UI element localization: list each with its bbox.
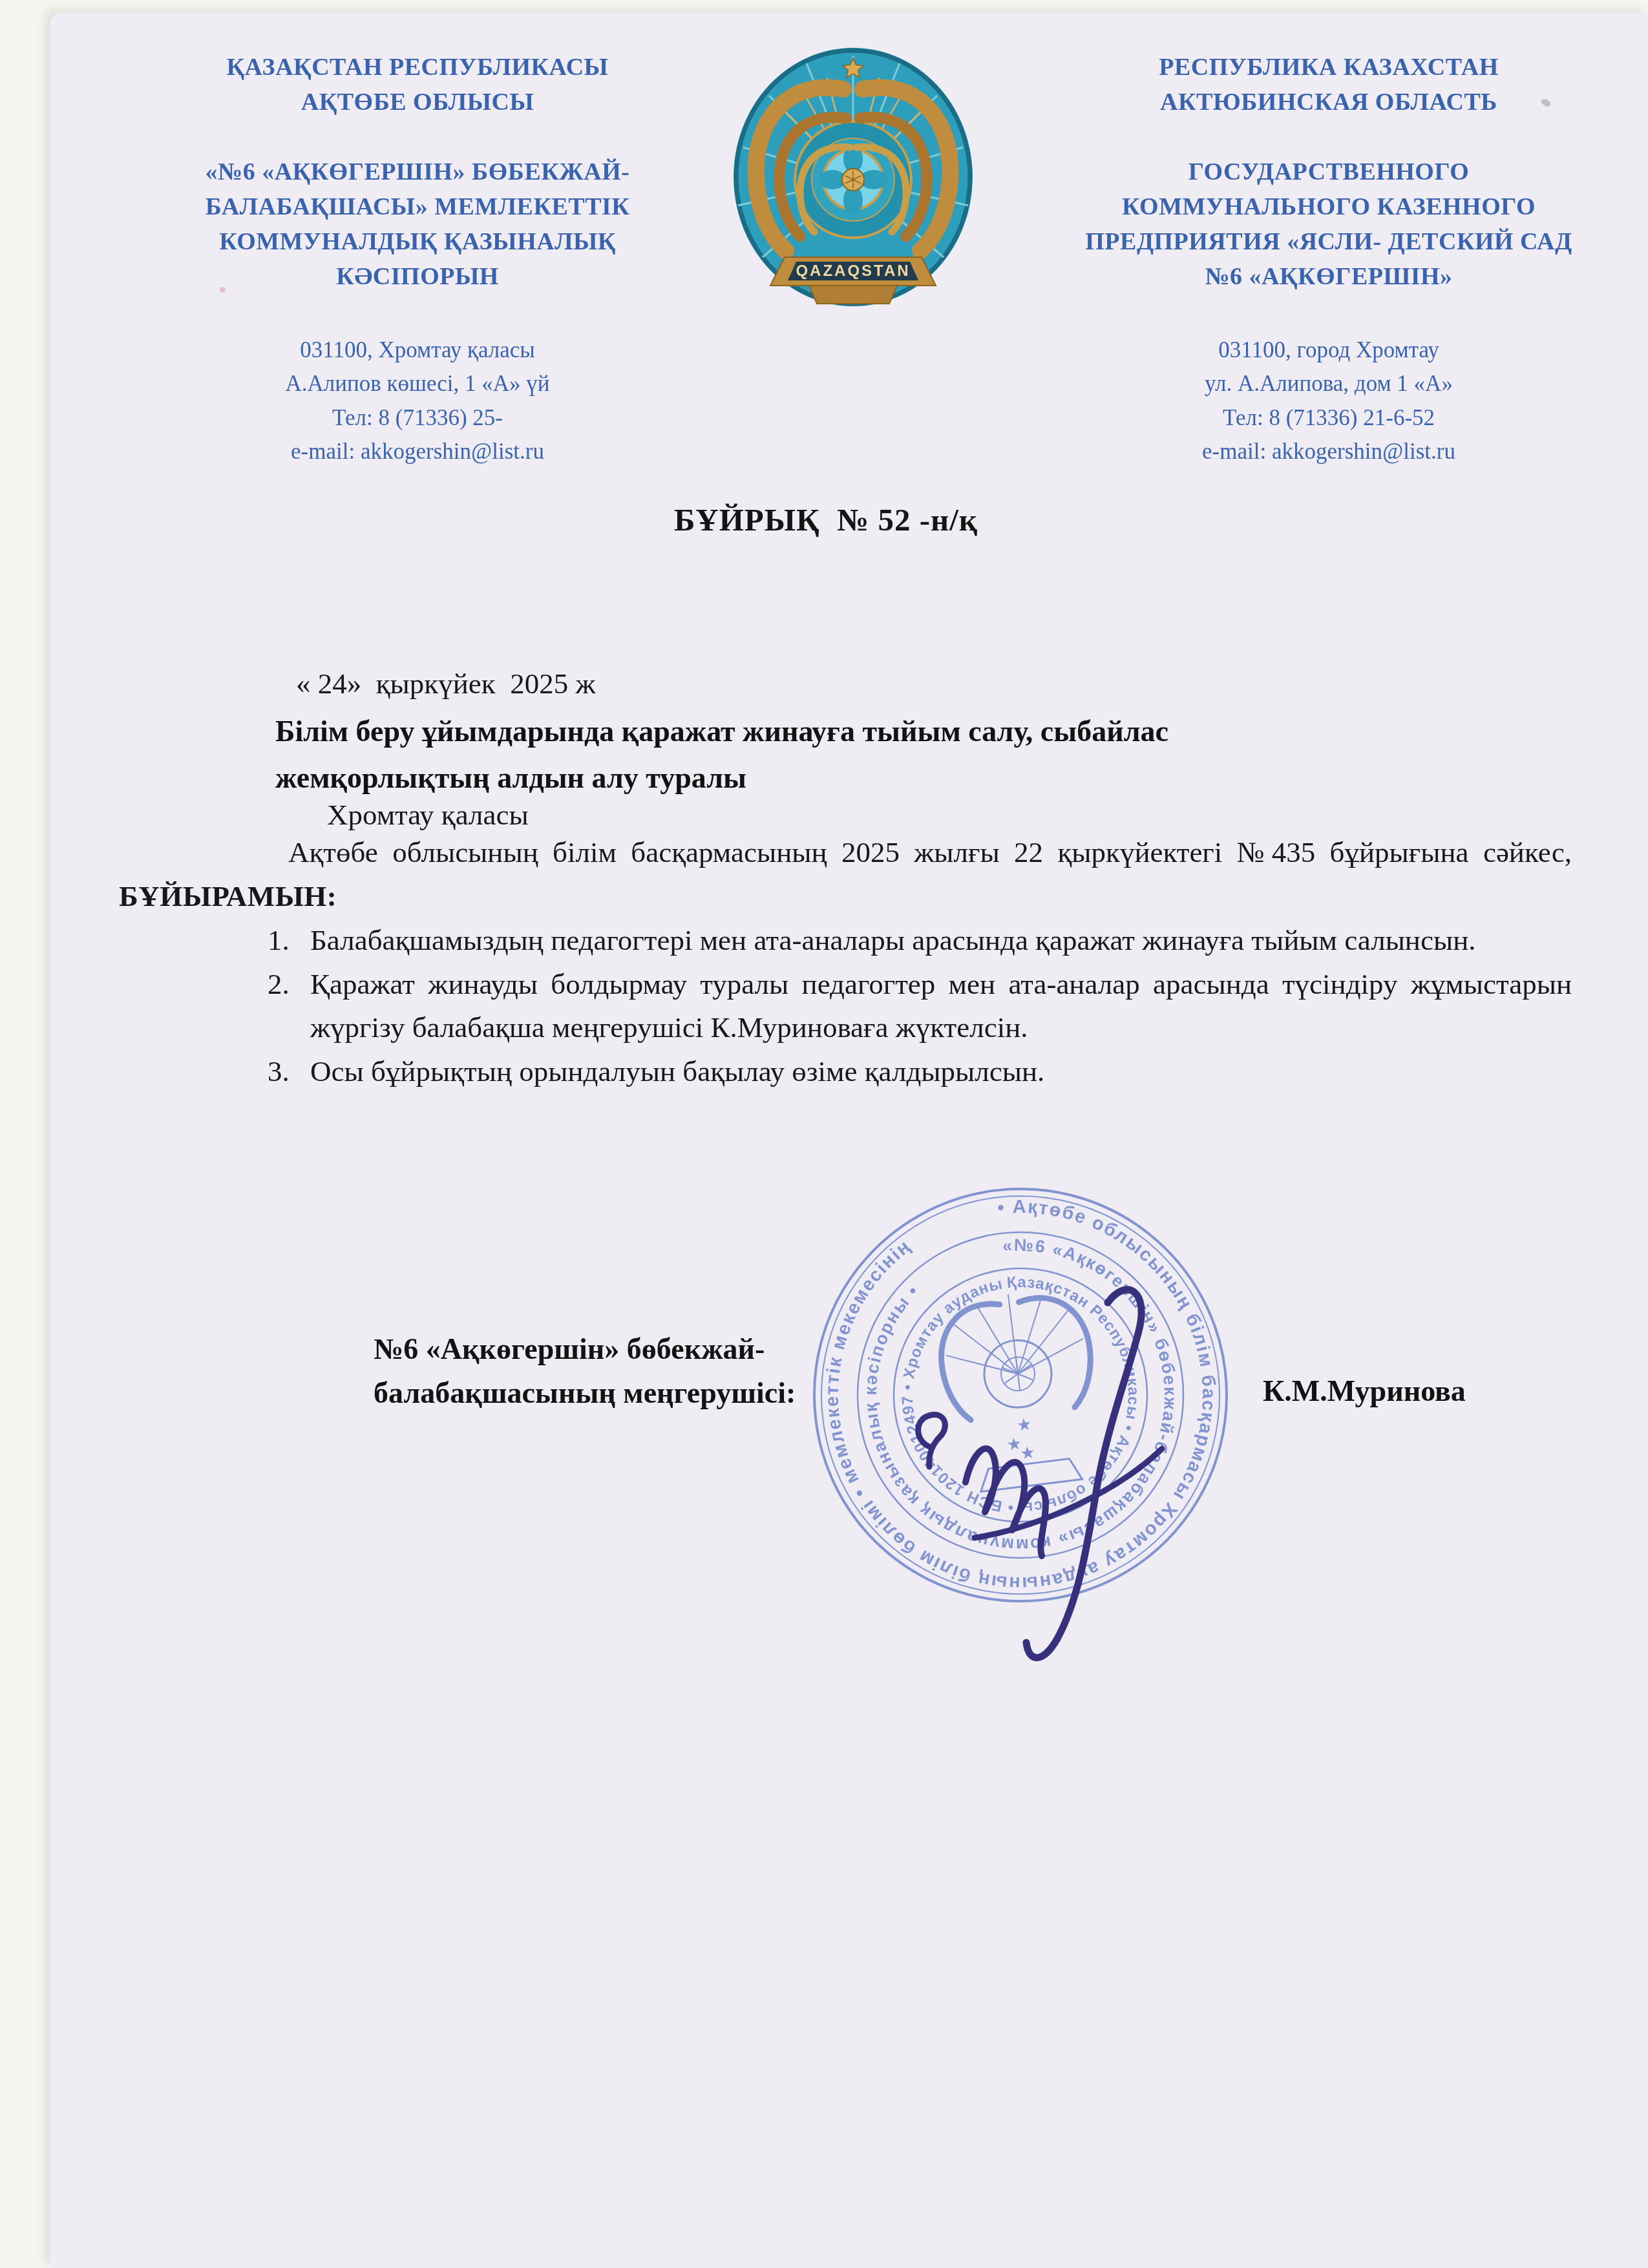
email-line: e-mail: akkogershin@list.ru (120, 435, 715, 469)
organization-name-ru: ГОСУДАРСТВЕННОГО КОММУНАЛЬНОГО КАЗЕННОГО… (1037, 155, 1621, 295)
org-line: КӘСІПОРЫН (120, 260, 715, 295)
document-page: ҚАЗАҚСТАН РЕСПУБЛИКАСЫ АҚТӨБЕ ОБЛЫСЫ «№6… (50, 13, 1648, 2268)
list-item-text: Балабақшамыздың педагогтері мен ата-анал… (310, 924, 1476, 956)
order-title: БҰЙРЫҚ № 52 -н/қ (50, 501, 1601, 538)
signatory-position: №6 «Ақкөгершін» бөбекжай- балабақшасының… (374, 1327, 796, 1414)
address-line: ул. А.Алипова, дом 1 «А» (1037, 367, 1621, 401)
subject-line: Білім беру ұйымдарында қаражат жинауға т… (275, 708, 1445, 755)
list-item-text: Қаражат жинауды болдырмау туралы педагог… (310, 968, 1572, 1044)
list-item: 1. Балабақшамыздың педагогтері мен ата-а… (268, 919, 1572, 963)
subject-line: жемқорлықтың алдын алу туралы (275, 755, 1445, 801)
order-intro-paragraph: Ақтөбе облысының білім басқармасының 202… (119, 831, 1572, 918)
address-line: 031100, Хромтау қаласы (120, 333, 715, 368)
address-block-ru: 031100, город Хромтау ул. А.Алипова, дом… (1037, 333, 1621, 469)
address-line: 031100, город Хромтау (1037, 333, 1621, 368)
kazakhstan-coat-of-arms: QAZAQSTAN (730, 44, 976, 311)
list-item: 2. Қаражат жинауды болдырмау туралы педа… (268, 963, 1572, 1050)
signatory-name: К.М.Муринова (1263, 1374, 1466, 1408)
org-line: КОММУНАЛЬНОГО КАЗЕННОГО (1037, 190, 1621, 225)
country-line: ҚАЗАҚСТАН РЕСПУБЛИКАСЫ (120, 50, 715, 85)
scan-speck (220, 287, 226, 293)
list-item: 3. Осы бұйрықтың орындалуын бақылау өзім… (268, 1050, 1572, 1094)
org-line: №6 «АҚКӨГЕРШІН» (1037, 260, 1621, 295)
order-date: « 24» қыркүйек 2025 ж (296, 662, 595, 706)
signatory-position-line: №6 «Ақкөгершін» бөбекжай- (374, 1327, 796, 1371)
org-line: БАЛАБАҚШАСЫ» МЕМЛЕКЕТТІК (120, 190, 715, 225)
signature-stroke (870, 1265, 1232, 1685)
organization-name-kk: «№6 «АҚКӨГЕРШІН» БӨБЕКЖАЙ- БАЛАБАҚШАСЫ» … (120, 155, 715, 295)
list-item-number: 3. (268, 1050, 290, 1094)
address-line: А.Алипов көшесі, 1 «А» үй (120, 367, 715, 401)
org-line: ГОСУДАРСТВЕННОГО (1037, 155, 1621, 190)
org-line: «№6 «АҚКӨГЕРШІН» БӨБЕКЖАЙ- (120, 155, 715, 190)
org-line: ПРЕДПРИЯТИЯ «ЯСЛИ- ДЕТСКИЙ САД (1037, 225, 1621, 260)
region-line: АҚТӨБЕ ОБЛЫСЫ (120, 85, 715, 120)
emblem-banner-text: QAZAQSTAN (796, 262, 910, 280)
list-item-number: 1. (268, 919, 290, 963)
signatory-position-line: балабақшасының меңгерушісі: (374, 1371, 796, 1415)
country-line: РЕСПУБЛИКА КАЗАХСТАН (1037, 50, 1621, 85)
intro-text: Ақтөбе облысының білім басқармасының 202… (288, 836, 1572, 868)
signature-ink (870, 1265, 1232, 1685)
phone-line: Тел: 8 (71336) 21-6-52 (1037, 401, 1621, 436)
intro-directive-word: БҰЙЫРАМЫН: (119, 880, 337, 912)
phone-line: Тел: 8 (71336) 25- (120, 401, 715, 436)
coat-of-arms-image: QAZAQSTAN (730, 44, 976, 311)
scanned-order-document: { "letterhead": { "left": { "country_lin… (0, 0, 1648, 2268)
list-item-text: Осы бұйрықтың орындалуын бақылау өзіме қ… (310, 1055, 1044, 1087)
letterhead-russian: РЕСПУБЛИКА КАЗАХСТАН АКТЮБИНСКАЯ ОБЛАСТЬ… (1037, 50, 1621, 469)
address-block-kk: 031100, Хромтау қаласы А.Алипов көшесі, … (120, 333, 715, 469)
email-line: e-mail: akkogershin@list.ru (1037, 435, 1621, 469)
country-name-kk: ҚАЗАҚСТАН РЕСПУБЛИКАСЫ АҚТӨБЕ ОБЛЫСЫ (120, 50, 715, 120)
region-line: АКТЮБИНСКАЯ ОБЛАСТЬ (1037, 85, 1621, 120)
letterhead-kazakh: ҚАЗАҚСТАН РЕСПУБЛИКАСЫ АҚТӨБЕ ОБЛЫСЫ «№6… (120, 50, 715, 469)
list-item-number: 2. (268, 963, 290, 1007)
org-line: КОММУНАЛДЫҚ ҚАЗЫНАЛЫҚ (120, 225, 715, 260)
order-subject: Білім беру ұйымдарында қаражат жинауға т… (275, 708, 1445, 801)
country-name-ru: РЕСПУБЛИКА КАЗАХСТАН АКТЮБИНСКАЯ ОБЛАСТЬ (1037, 50, 1621, 120)
order-items-list: 1. Балабақшамыздың педагогтері мен ата-а… (268, 919, 1572, 1093)
